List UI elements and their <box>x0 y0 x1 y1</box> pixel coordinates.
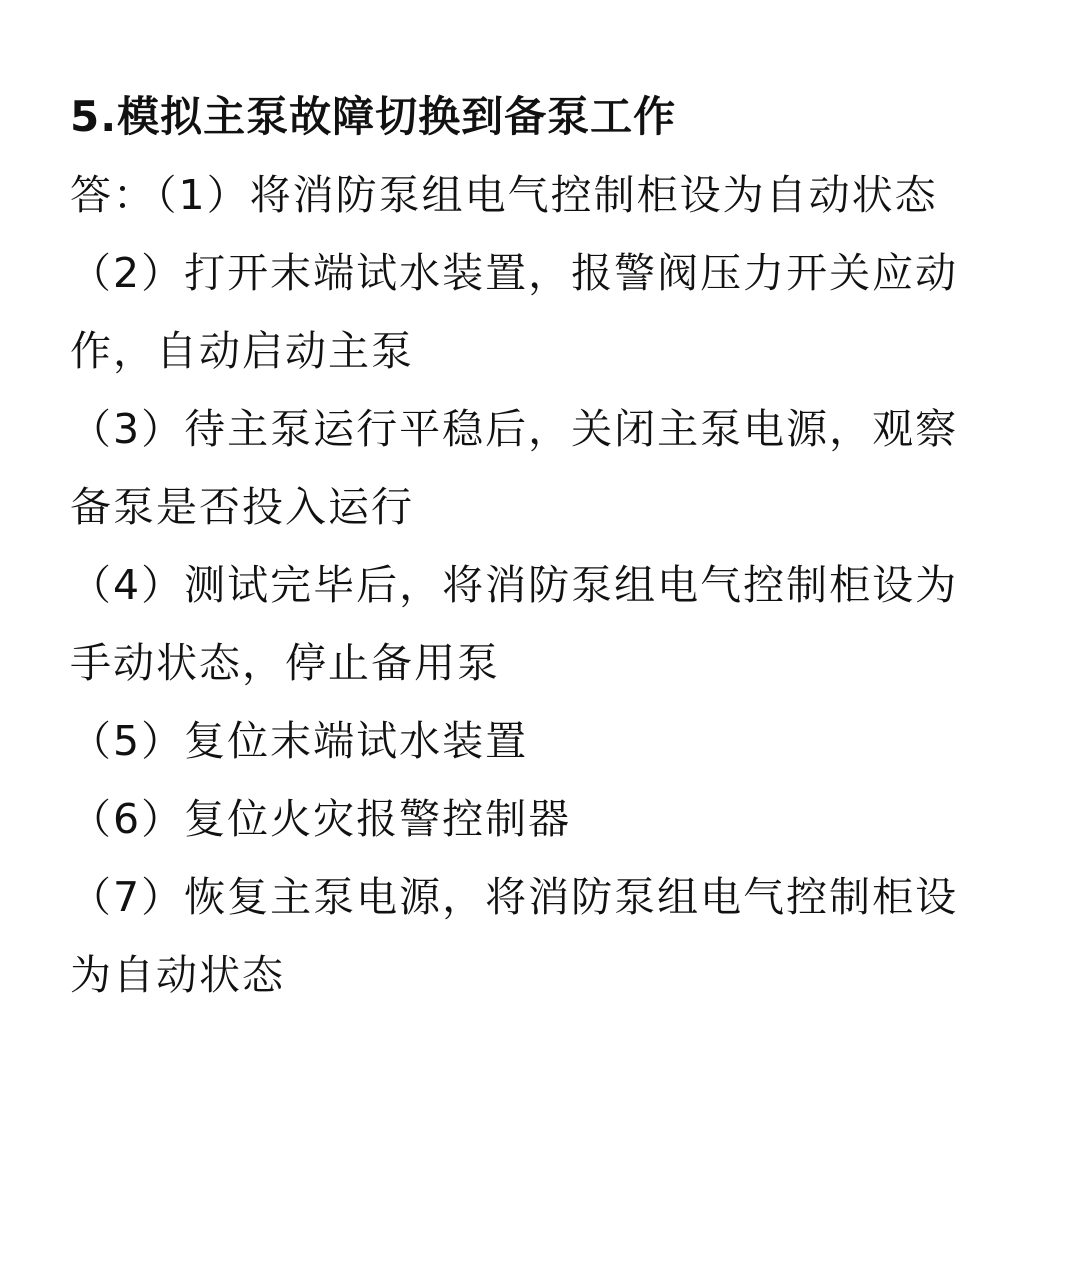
answer-step-3: （3）待主泵运行平稳后，关闭主泵电源，观察备泵是否投入运行 <box>70 390 1000 546</box>
answer-step-2: （2）打开末端试水装置，报警阀压力开关应动作，自动启动主泵 <box>70 234 1000 390</box>
answer-step-7: （7）恢复主泵电源，将消防泵组电气控制柜设为自动状态 <box>70 858 1000 1014</box>
question-title: 5.模拟主泵故障切换到备泵工作 <box>70 82 1000 152</box>
document-body: 5.模拟主泵故障切换到备泵工作 答：（1）将消防泵组电气控制柜设为自动状态 （2… <box>70 82 1000 1014</box>
answer-step-4: （4）测试完毕后，将消防泵组电气控制柜设为手动状态，停止备用泵 <box>70 546 1000 702</box>
answer-step-1: 答：（1）将消防泵组电气控制柜设为自动状态 <box>70 156 1000 234</box>
answer-step-5: （5）复位末端试水装置 <box>70 702 1000 780</box>
answer-step-6: （6）复位火灾报警控制器 <box>70 780 1000 858</box>
